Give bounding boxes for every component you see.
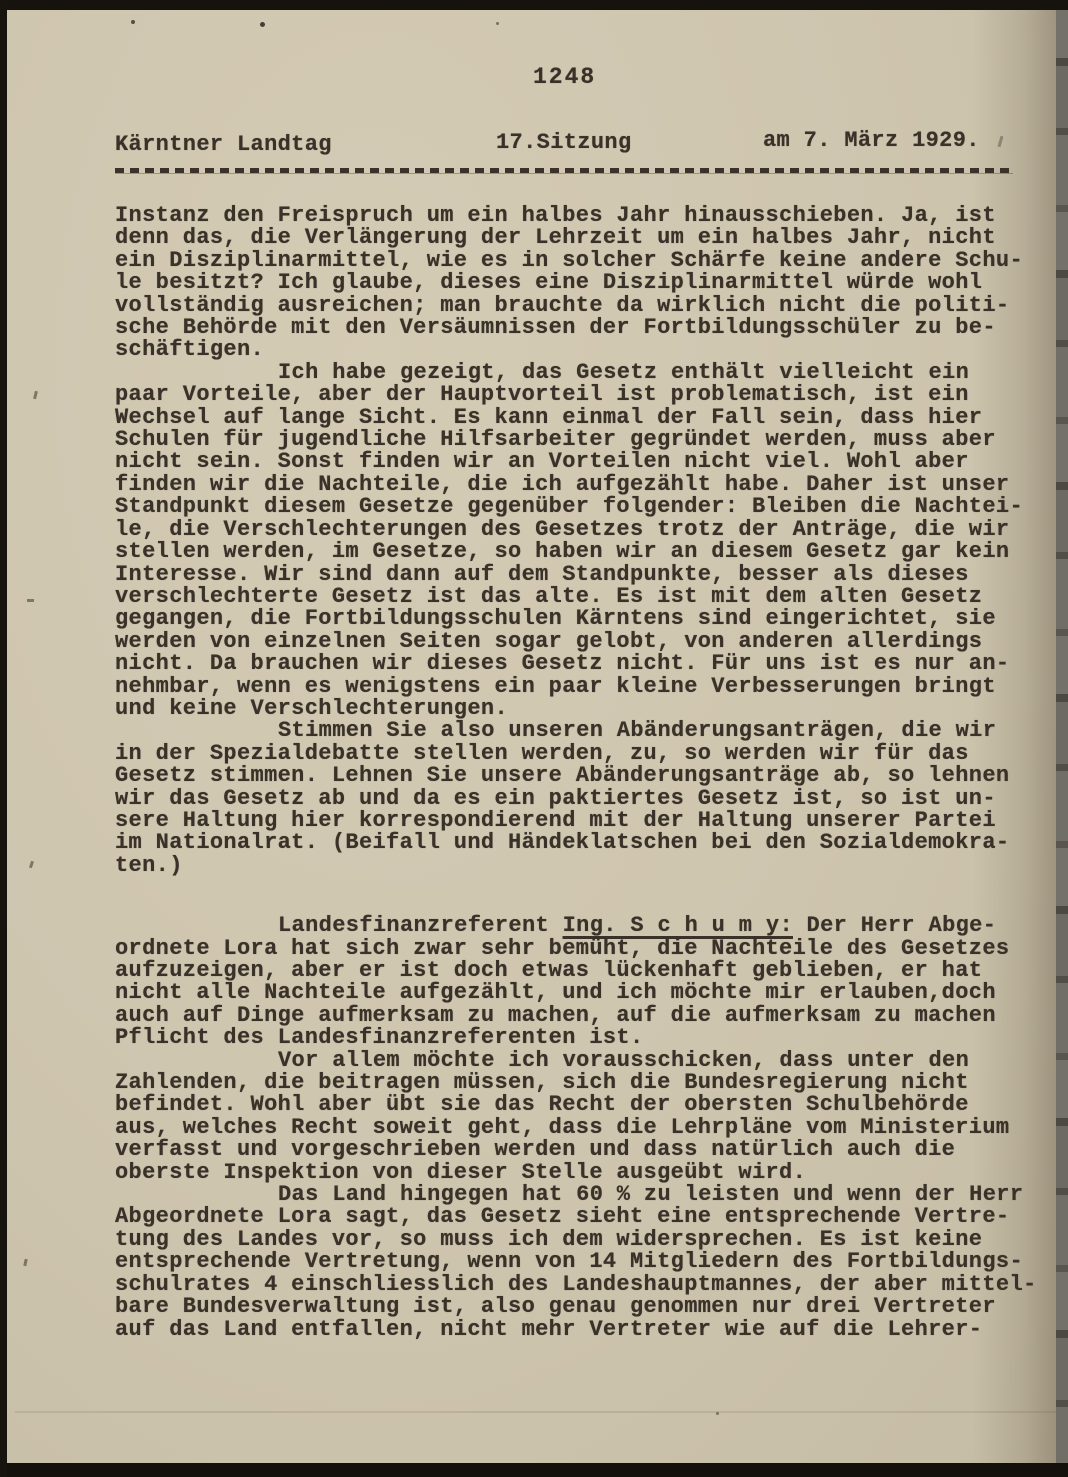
text-line: finden wir die Nachteile, die ich aufgez… (115, 474, 1035, 496)
paragraph: Ich habe gezeigt, das Gesetz enthält vie… (115, 362, 1035, 721)
text-line: Abgeordnete Lora sagt, das Gesetz sieht … (115, 1206, 1035, 1228)
paragraph: Instanz den Freispruch um ein halbes Jah… (115, 205, 1035, 362)
text-line: Schulen für jugendliche Hilfsarbeiter ge… (115, 429, 1035, 451)
text-line: schäftigen. (115, 339, 1035, 361)
text-line: sche Behörde mit den Versäumnissen der F… (115, 317, 1035, 339)
paragraph: Das Land hingegen hat 60 % zu leisten un… (115, 1184, 1035, 1341)
text-line: denn das, die Verlängerung der Lehrzeit … (115, 227, 1035, 249)
text-line: und keine Verschlechterungen. (115, 698, 1035, 720)
text-line: Standpunkt diesem Gesetze gegenüber folg… (115, 496, 1035, 518)
text-line: tung des Landes vor, so muss ich dem wid… (115, 1229, 1035, 1251)
paper-crease (15, 1411, 1063, 1413)
text-line: wir das Gesetz ab und da es ein paktiert… (115, 788, 1035, 810)
text-line: Ich habe gezeigt, das Gesetz enthält vie… (115, 362, 1035, 384)
text-line: oberste Inspektion von dieser Stelle aus… (115, 1162, 1035, 1184)
text-line: auf das Land entfallen, nicht mehr Vertr… (115, 1319, 1035, 1341)
text-line: im Nationalrat. (Beifall und Händeklatsc… (115, 832, 1035, 854)
text-line: le besitzt? Ich glaube, dieses eine Disz… (115, 272, 1035, 294)
text-line: gegangen, die Fortbildungsschulen Kärnte… (115, 608, 1035, 630)
text-line: werden von einzelnen Seiten sogar gelobt… (115, 631, 1035, 653)
paper-speck (131, 20, 135, 24)
text-segment: Landesfinanzreferent (278, 913, 563, 938)
text-line: verschlechterte Gesetz ist das alte. Es … (115, 586, 1035, 608)
text-line: Stimmen Sie also unseren Abänderungsantr… (115, 720, 1035, 742)
header-date: am 7. März 1929. (763, 128, 980, 153)
text-line: ein Disziplinarmittel, wie es in solcher… (115, 250, 1035, 272)
scan-edge-top (0, 0, 1068, 10)
text-line: nehmbar, wenn es wenigstens ein paar kle… (115, 676, 1035, 698)
text-line: auch auf Dinge aufmerksam zu machen, auf… (115, 1005, 1035, 1027)
text-line: aufzuzeigen, aber er ist doch etwas lück… (115, 960, 1035, 982)
text-line: Pflicht des Landesfinanzreferenten ist. (115, 1027, 1035, 1049)
text-line: verfasst und vorgeschrieben werden und d… (115, 1139, 1035, 1161)
scanned-document-page: 1248 Kärntner Landtag 17.Sitzung am 7. M… (0, 0, 1068, 1477)
text-line: Zahlenden, die beitragen müssen, sich di… (115, 1072, 1035, 1094)
dashed-rule (115, 168, 1013, 173)
text-line: Landesfinanzreferent Ing. S c h u m y: D… (115, 915, 1035, 937)
text-segment: Der Herr Abge- (793, 913, 996, 938)
underlined-speaker-name: Ing. S c h u m y: (563, 913, 793, 938)
text-line: Instanz den Freispruch um ein halbes Jah… (115, 205, 1035, 227)
text-line: le, die Verschlechterungen des Gesetzes … (115, 519, 1035, 541)
text-line: nicht alle Nachteile aufgezählt, und ich… (115, 982, 1035, 1004)
text-line: aus, welches Recht soweit geht, dass die… (115, 1117, 1035, 1139)
scan-edge-bottom (0, 1463, 1068, 1477)
paragraph: Stimmen Sie also unseren Abänderungsantr… (115, 720, 1035, 877)
scan-edge-left (0, 0, 7, 1477)
text-line: befindet. Wohl aber übt sie das Recht de… (115, 1094, 1035, 1116)
text-line: Gesetz stimmen. Lehnen Sie unsere Abände… (115, 765, 1035, 787)
paper-speck (260, 22, 265, 27)
text-line: vollständig ausreichen; man brauchte da … (115, 295, 1035, 317)
paper-speck (716, 1412, 719, 1415)
text-line: sere Haltung hier korrespondierend mit d… (115, 810, 1035, 832)
header-session-number: 17.Sitzung (496, 130, 632, 155)
header-assembly-name: Kärntner Landtag (115, 132, 332, 157)
text-line: Vor allem möchte ich vorausschicken, das… (115, 1050, 1035, 1072)
paper-speck (496, 22, 499, 25)
text-line: entsprechende Vertretung, wenn von 14 Mi… (115, 1251, 1035, 1273)
text-line: ordnete Lora hat sich zwar sehr bemüht, … (115, 938, 1035, 960)
text-line: Interesse. Wir sind dann auf dem Standpu… (115, 564, 1035, 586)
text-line: Wechsel auf lange Sicht. Es kann einmal … (115, 407, 1035, 429)
paragraph: Vor allem möchte ich vorausschicken, das… (115, 1050, 1035, 1184)
paragraph: Landesfinanzreferent Ing. S c h u m y: D… (115, 915, 1035, 1049)
text-line: paar Vorteile, aber der Hauptvorteil ist… (115, 384, 1035, 406)
text-line: ten.) (115, 855, 1035, 877)
margin-mark (27, 599, 34, 602)
text-line: nicht. Da brauchen wir dieses Gesetz nic… (115, 653, 1035, 675)
text-line: in der Spezialdebatte stellen werden, zu… (115, 743, 1035, 765)
text-line: bare Bundesverwaltung ist, also genau ge… (115, 1296, 1035, 1318)
page-number: 1248 (533, 64, 596, 90)
text-line: nicht sein. Sonst finden wir an Vorteile… (115, 451, 1035, 473)
text-line: schulrates 4 einschliesslich des Landesh… (115, 1274, 1035, 1296)
book-edge-band (1056, 0, 1068, 1477)
text-line: Das Land hingegen hat 60 % zu leisten un… (115, 1184, 1035, 1206)
body-text: Instanz den Freispruch um ein halbes Jah… (115, 205, 1035, 1341)
text-line: stellen werden, im Gesetze, so haben wir… (115, 541, 1035, 563)
